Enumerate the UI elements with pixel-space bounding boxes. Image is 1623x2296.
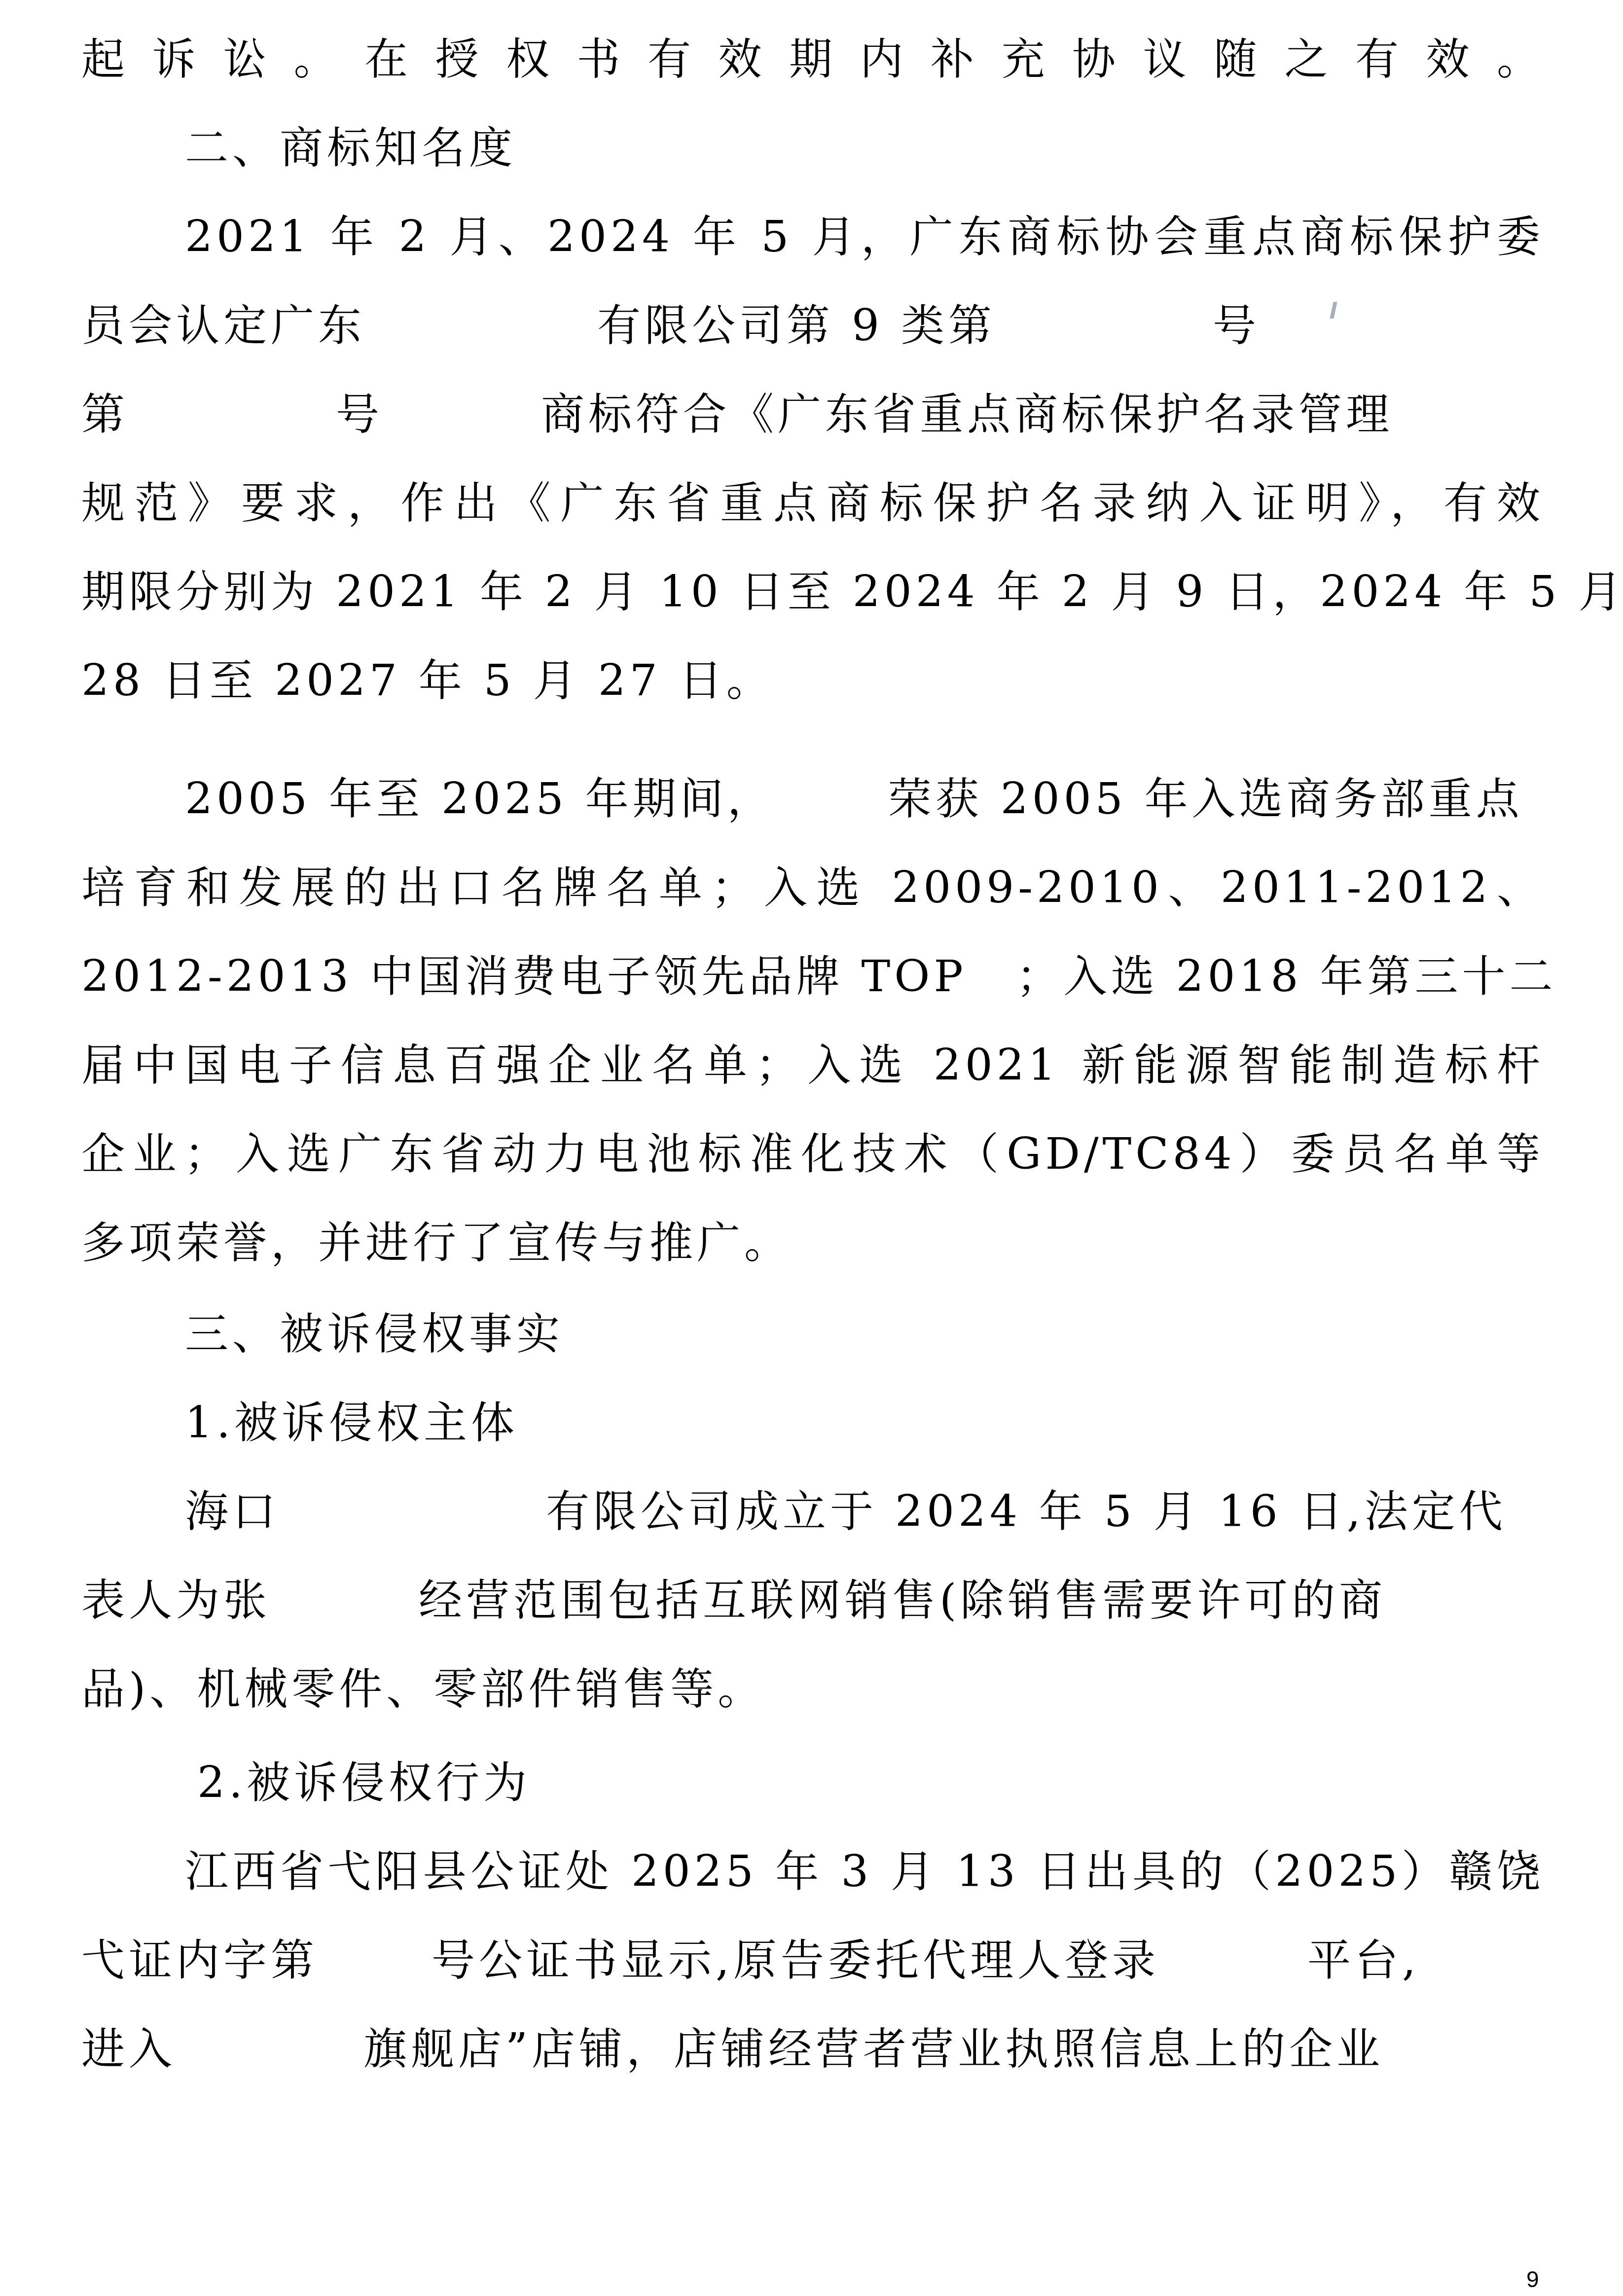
document-page: 起诉讼。在授权书有效期内补充协议随之有效。 二、商标知名度 2021 年 2 月… <box>0 0 1623 2296</box>
paragraph-line: 规范》要求，作出《广东省重点商标保护名录纳入证明》，有效 <box>81 473 1544 533</box>
text-segment: 员会认定广东 <box>81 300 365 351</box>
paragraph-line: 第号商标符合《广东省重点商标保护名录管理 <box>81 385 1544 444</box>
paragraph-line: 海口有限公司成立于 2024 年 5 月 16 日,法定代 <box>185 1482 1544 1541</box>
text-segment: 旗舰店”店铺，店铺经营者营业执照信息上的企业 <box>363 2023 1384 2074</box>
text-segment: 2005 年至 2025 年期间， <box>185 773 775 824</box>
paragraph-line: 届中国电子信息百强企业名单；入选 2021 新能源智能制造标杆 <box>81 1036 1544 1095</box>
text-segment: 弋证内字第 <box>81 1935 318 1985</box>
paragraph-line: 弋证内字第号公证书显示,原告委托代理人登录平台, <box>81 1931 1566 1990</box>
text-segment: 号 <box>336 389 383 439</box>
text-segment: 2012-2013 中国消费电子领先品牌 TOP <box>81 951 967 1002</box>
text-segment: 第 <box>81 389 129 439</box>
subsection-heading-infringing-act: 2.被诉侵权行为 <box>197 1753 1556 1812</box>
paragraph-line: 28 日至 2027 年 5 月 27 日。 <box>81 651 1544 710</box>
text-segment: 商标符合《广东省重点商标保护名录管理 <box>541 389 1393 439</box>
text-segment: 经营范围包括互联网销售(除销售需要许可的商 <box>419 1575 1386 1625</box>
paragraph-line: 表人为张经营范围包括互联网销售(除销售需要许可的商 <box>81 1571 1544 1630</box>
text-segment: 号 <box>1213 300 1260 351</box>
paragraph-line: 进入旗舰店”店铺，店铺经营者营业执照信息上的企业 <box>81 2019 1544 2079</box>
paragraph-line: 员会认定广东有限公司第 9 类第号 <box>81 296 1544 355</box>
text-segment: 荣获 2005 年入选商务部重点 <box>888 773 1523 824</box>
text-segment: 海口 <box>185 1486 280 1537</box>
paragraph-line: 2005 年至 2025 年期间，荣获 2005 年入选商务部重点 <box>185 769 1544 828</box>
section-heading-trademark-reputation: 二、商标知名度 <box>185 118 1544 178</box>
text-segment: 平台, <box>1307 1935 1420 1985</box>
paragraph-line: 期限分别为 2021 年 2 月 10 日至 2024 年 2 月 9 日，20… <box>81 562 1544 621</box>
paragraph-line: 多项荣誉，并进行了宣传与推广。 <box>81 1213 1544 1272</box>
text-segment: 表人为张 <box>81 1575 271 1625</box>
section-heading-infringement-facts: 三、被诉侵权事实 <box>185 1304 1544 1363</box>
text-segment: 进入 <box>81 2023 176 2074</box>
paragraph-line: 2012-2013 中国消费电子领先品牌 TOP；入选 2018 年第三十二 <box>81 947 1544 1006</box>
text-segment: 有限公司成立于 2024 年 5 月 16 日,法定代 <box>546 1486 1507 1537</box>
text-segment: 号公证书显示,原告委托代理人登录 <box>432 1935 1159 1985</box>
paragraph-line: 企业；入选广东省动力电池标准化技术（GD/TC84）委员名单等 <box>81 1124 1544 1184</box>
text-segment: 有限公司第 9 类第 <box>597 300 996 351</box>
paragraph-line: 起诉讼。在授权书有效期内补充协议随之有效。 <box>81 30 1544 89</box>
page-number: 9 <box>1526 2266 1539 2293</box>
paragraph-line: 培育和发展的出口名牌名单；入选 2009-2010、2011-2012、 <box>81 858 1544 917</box>
paragraph-line: 2021 年 2 月、2024 年 5 月，广东商标协会重点商标保护委 <box>185 207 1544 266</box>
paragraph-line: 品)、机械零件、零部件销售等。 <box>81 1659 1544 1719</box>
paragraph-line: 江西省弋阳县公证处 2025 年 3 月 13 日出具的（2025）赣饶 <box>185 1842 1544 1901</box>
subsection-heading-infringing-party: 1.被诉侵权主体 <box>185 1393 1544 1452</box>
text-segment: ；入选 2018 年第三十二 <box>1016 951 1557 1002</box>
